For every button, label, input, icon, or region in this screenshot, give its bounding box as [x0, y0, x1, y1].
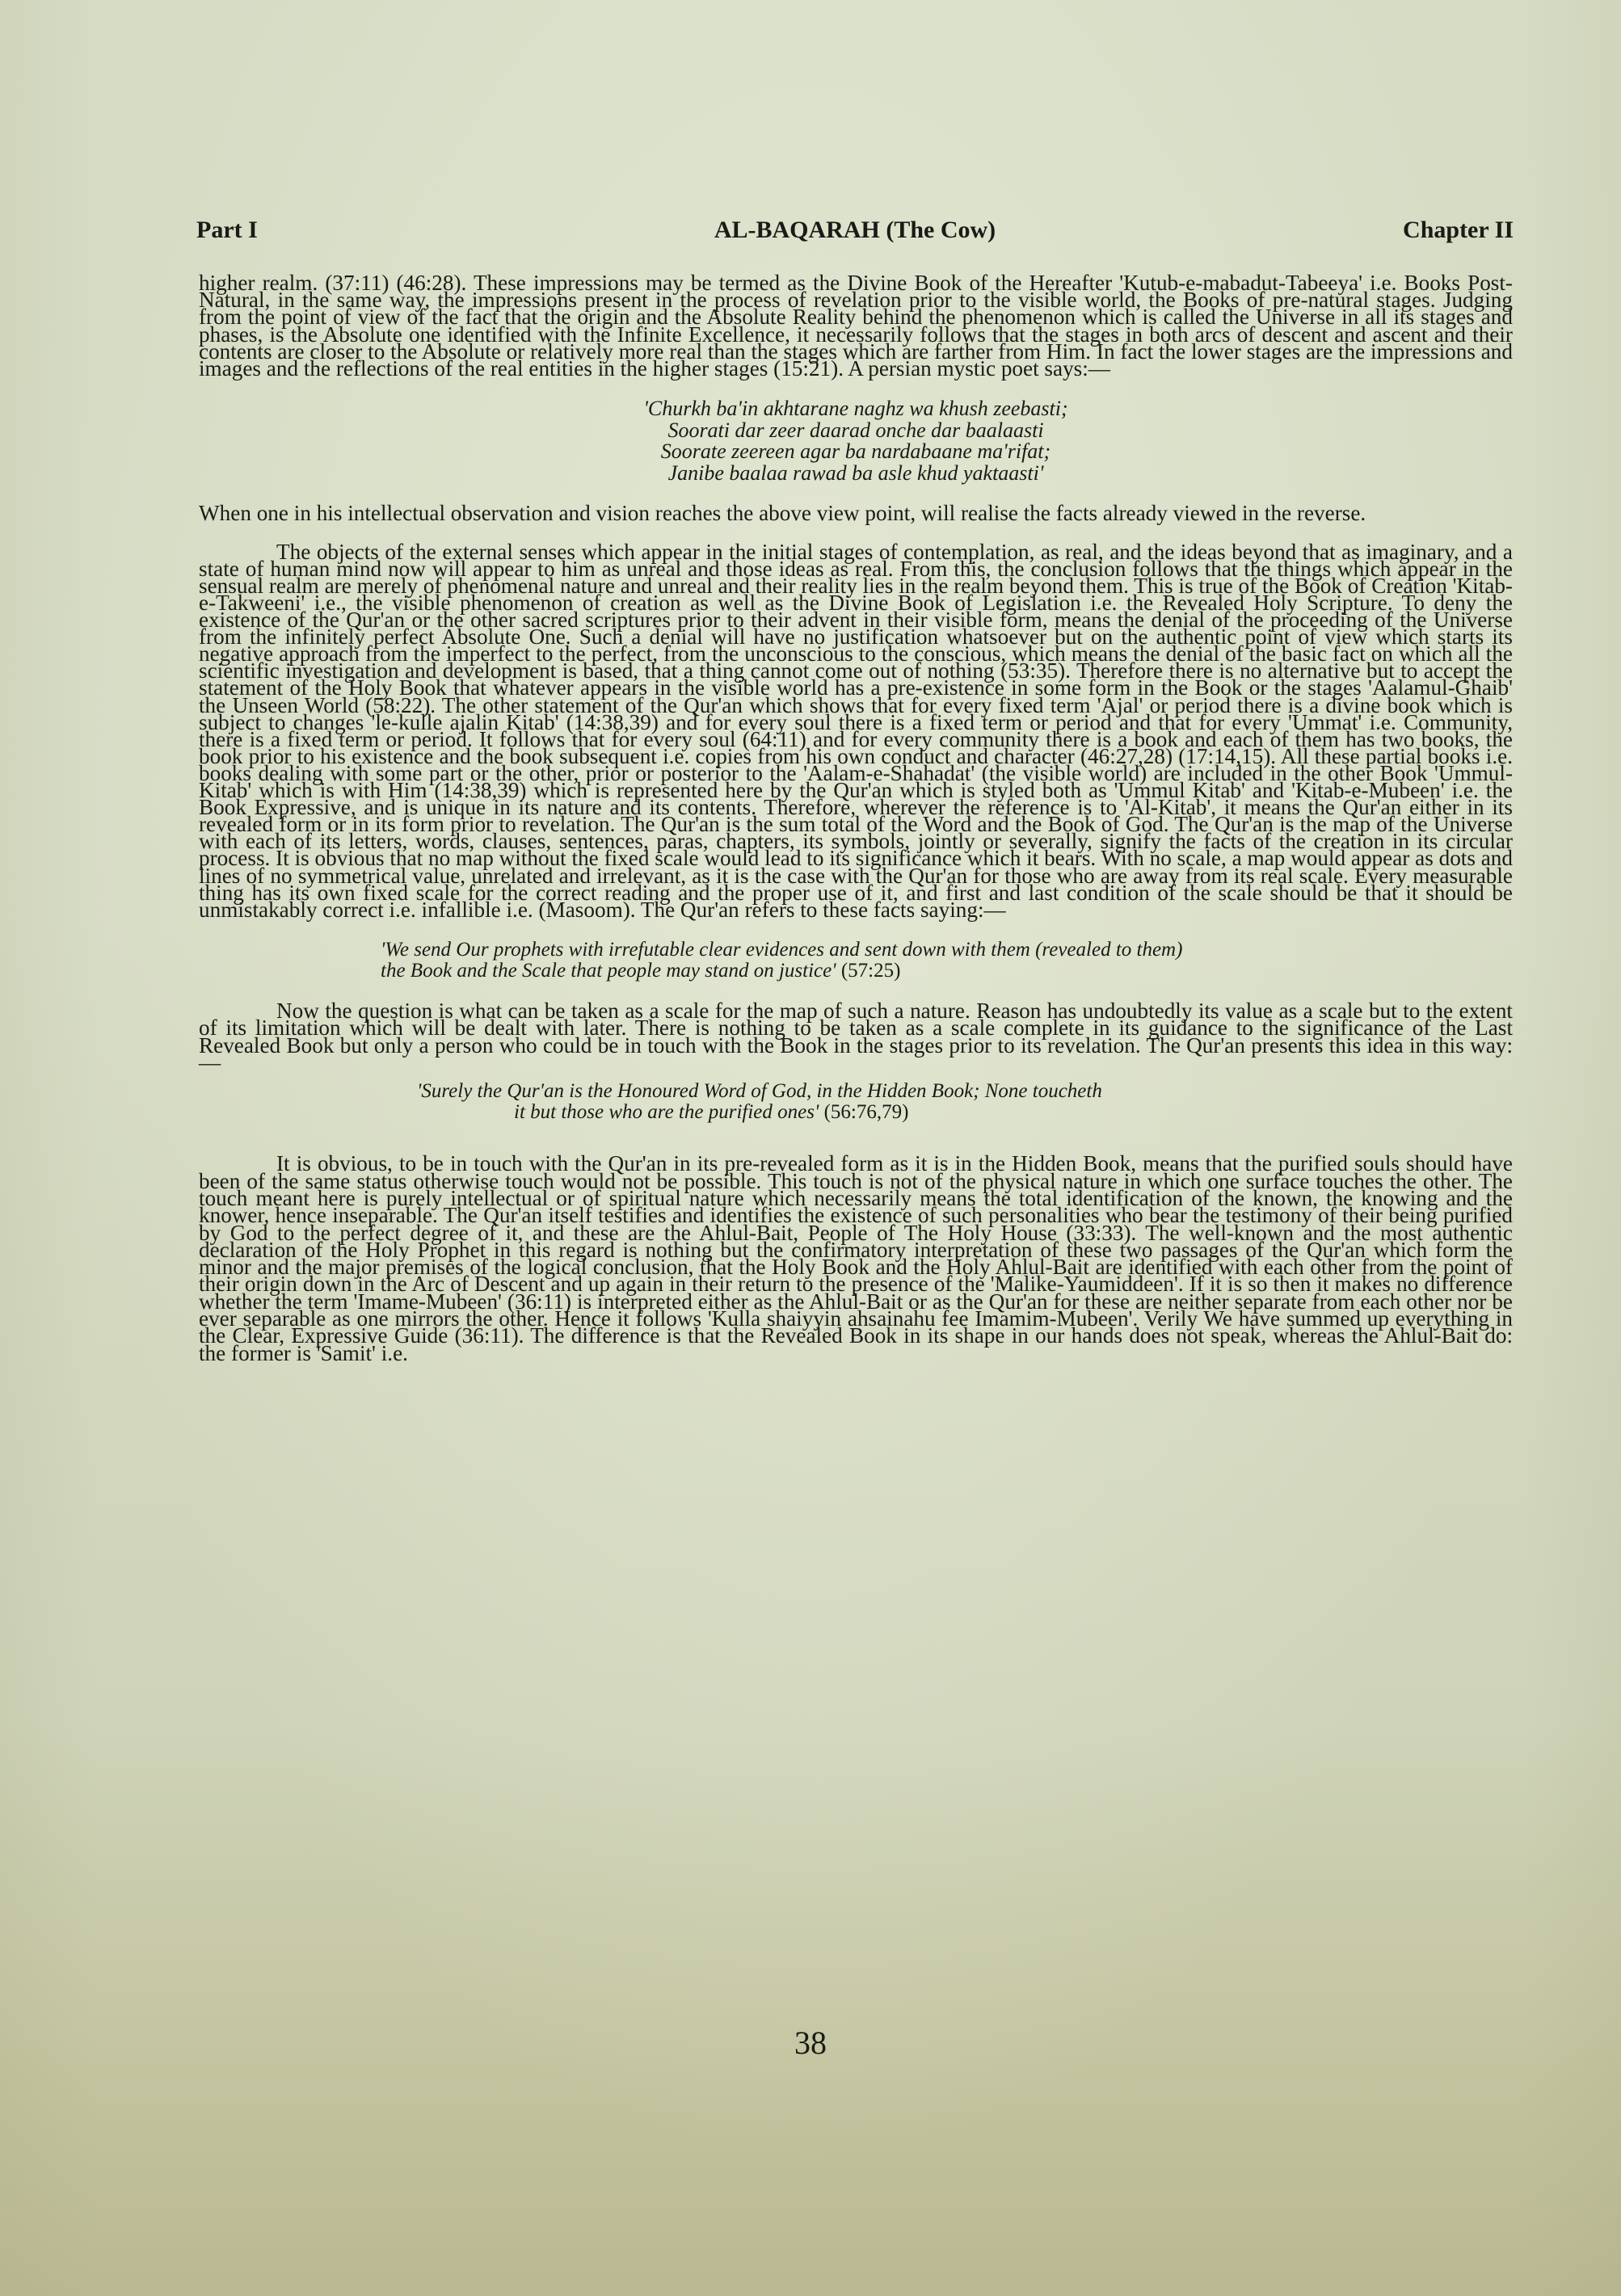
scanned-book-page: Part I AL-BAQARAH (The Cow) Chapter II h…	[0, 0, 1621, 2296]
page-number: 38	[0, 2024, 1621, 2062]
quote-reference: (56:76,79)	[824, 1101, 909, 1123]
body-text: higher realm. (37:11) (46:28). These imp…	[199, 275, 1513, 1362]
quran-quote-56-76: 'Surely the Qur'an is the Honoured Word …	[199, 1081, 1513, 1123]
quote-reference: (57:25)	[841, 960, 901, 982]
paragraph-scale-question: Now the question is what can be taken as…	[199, 1003, 1513, 1072]
quran-quote-57-25: 'We send Our prophets with irrefutable c…	[199, 940, 1513, 982]
paragraph-continuation: higher realm. (37:11) (46:28). These imp…	[199, 275, 1513, 377]
verse-line: Janibe baalaa rawad ba asle khud yaktaas…	[199, 463, 1513, 485]
quote-line: it but those who are the purified ones'	[514, 1101, 819, 1123]
persian-verse: 'Churkh ba'in akhtarane naghz wa khush z…	[199, 398, 1513, 484]
paragraph-reverse-view: When one in his intellectual observation…	[199, 505, 1513, 523]
paragraph-purified-souls: It is obvious, to be in touch with the Q…	[199, 1155, 1513, 1362]
verse-line: Soorati dar zeer daarad onche dar baalaa…	[199, 420, 1513, 442]
quote-line: 'Surely the Qur'an is the Honoured Word …	[417, 1080, 1102, 1102]
quote-line: the Book and the Scale that people may s…	[381, 960, 836, 982]
paragraph-external-senses: The objects of the external senses which…	[199, 544, 1513, 919]
running-head: Part I AL-BAQARAH (The Cow) Chapter II	[196, 217, 1514, 252]
verse-line: Soorate zeereen agar ba nardabaane ma'ri…	[199, 441, 1513, 463]
verse-line: 'Churkh ba'in akhtarane naghz wa khush z…	[199, 398, 1513, 420]
surah-title: AL-BAQARAH (The Cow)	[196, 217, 1514, 244]
chapter-label: Chapter II	[1403, 217, 1514, 244]
quote-line: 'We send Our prophets with irrefutable c…	[381, 939, 1182, 961]
